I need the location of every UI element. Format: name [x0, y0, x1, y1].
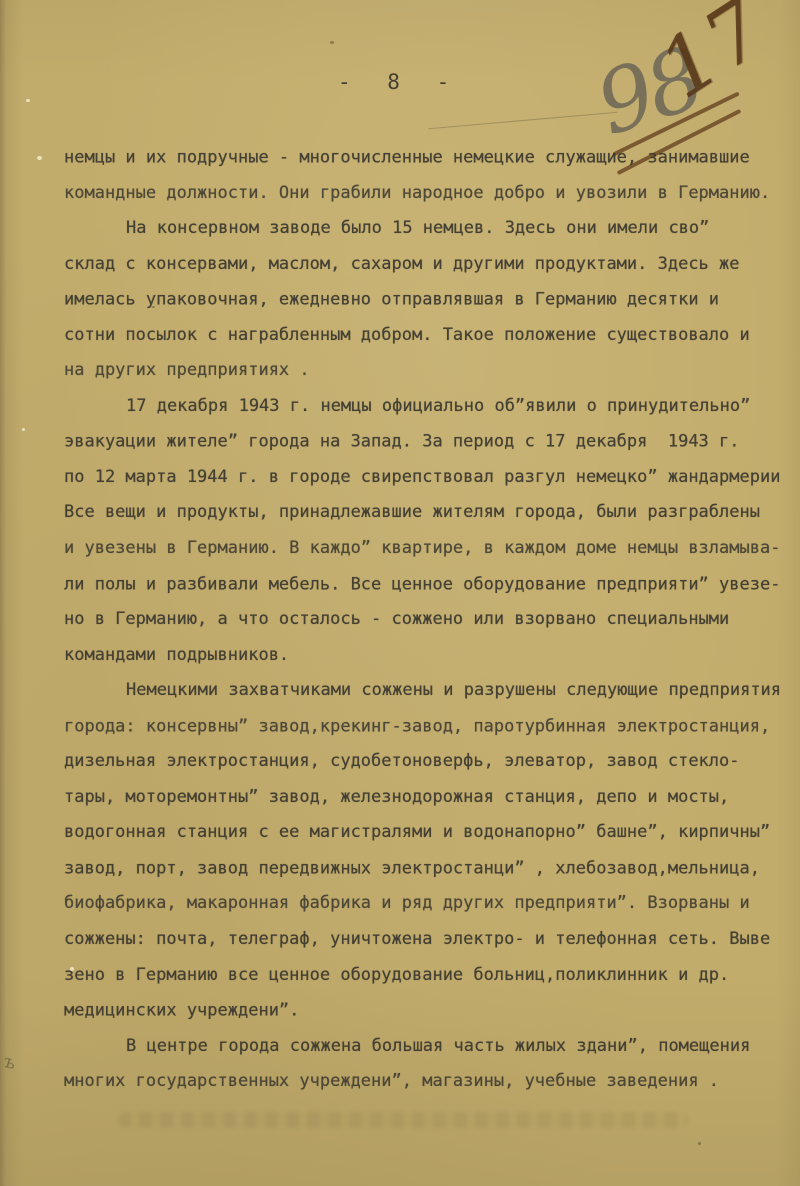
text-line: 17 декабря 1943 г. немцы официально об”я… [64, 389, 770, 425]
text-line: медицинских учреждени”. [64, 994, 770, 1030]
text-line: и увезены в Германию. В каждо” квартире,… [64, 531, 770, 567]
text-line: сотни посылок с награбленным добром. Так… [64, 318, 770, 354]
paper-speck [37, 156, 42, 160]
paper-speck [70, 967, 74, 971]
text-line: В центре города сожжена большая часть жи… [64, 1029, 770, 1065]
document-page: - 8 - 98 17 немцы и их подручные - много… [0, 0, 800, 1186]
paper-speck [330, 41, 334, 44]
paper-speck [26, 99, 30, 102]
paper-speck [698, 1142, 701, 1145]
paper-speck [152, 306, 155, 308]
text-line: водогонная станция с ее магистралями и в… [64, 815, 770, 851]
typewritten-text-block: немцы и их подручные - многочисленные не… [64, 140, 770, 1100]
text-line: командами подрывников. [64, 638, 770, 674]
text-line: немцы и их подручные - многочисленные не… [64, 141, 770, 177]
text-line: по 12 марта 1944 г. в городе свирепствов… [64, 460, 770, 496]
text-line: многих государственных учреждени”, магаз… [64, 1064, 770, 1100]
text-line: на других предприятиях . [64, 353, 770, 389]
text-line: дизельная электростанция, судобетоноверф… [64, 744, 770, 780]
text-line: города: консервны” завод,крекинг-завод, … [64, 709, 770, 745]
text-line: завод, порт, завод передвижных электрост… [64, 852, 770, 888]
paper-scratch [428, 112, 617, 130]
paper-speck [22, 428, 25, 431]
text-line: биофабрика, макаронная фабрика и ряд дру… [64, 886, 770, 922]
text-line: но в Германию, а что осталось - сожжено … [64, 602, 770, 638]
text-line: склад с консервами, маслом, сахаром и др… [64, 247, 770, 283]
text-line: Все вещи и продукты, принадлежавшие жите… [64, 495, 770, 531]
text-line: зено в Германию все ценное оборудование … [64, 958, 770, 994]
handwritten-page-number: 17 [643, 0, 782, 116]
text-line: сожжены: почта, телеграф, уничтожена эле… [64, 922, 770, 958]
text-line: имелась упаковочная, ежедневно отправляв… [64, 283, 770, 319]
page-number: - 8 - [338, 70, 461, 94]
pencil-squiggle-mark: ъ [1, 1051, 17, 1074]
text-line: Немецкими захватчиками сожжены и разруше… [64, 673, 770, 709]
text-line: ли полы и разбивали мебель. Все ценное о… [64, 567, 770, 603]
text-line: командные должности. Они грабили народно… [64, 176, 770, 212]
ink-offset-smudge [118, 1112, 688, 1128]
text-line: эвакуации жителе” города на Запад. За пе… [64, 425, 770, 461]
text-line: тары, моторемонтны” завод, железнодорожн… [64, 780, 770, 816]
text-line: На консервном заводе было 15 немцев. Зде… [64, 211, 770, 247]
